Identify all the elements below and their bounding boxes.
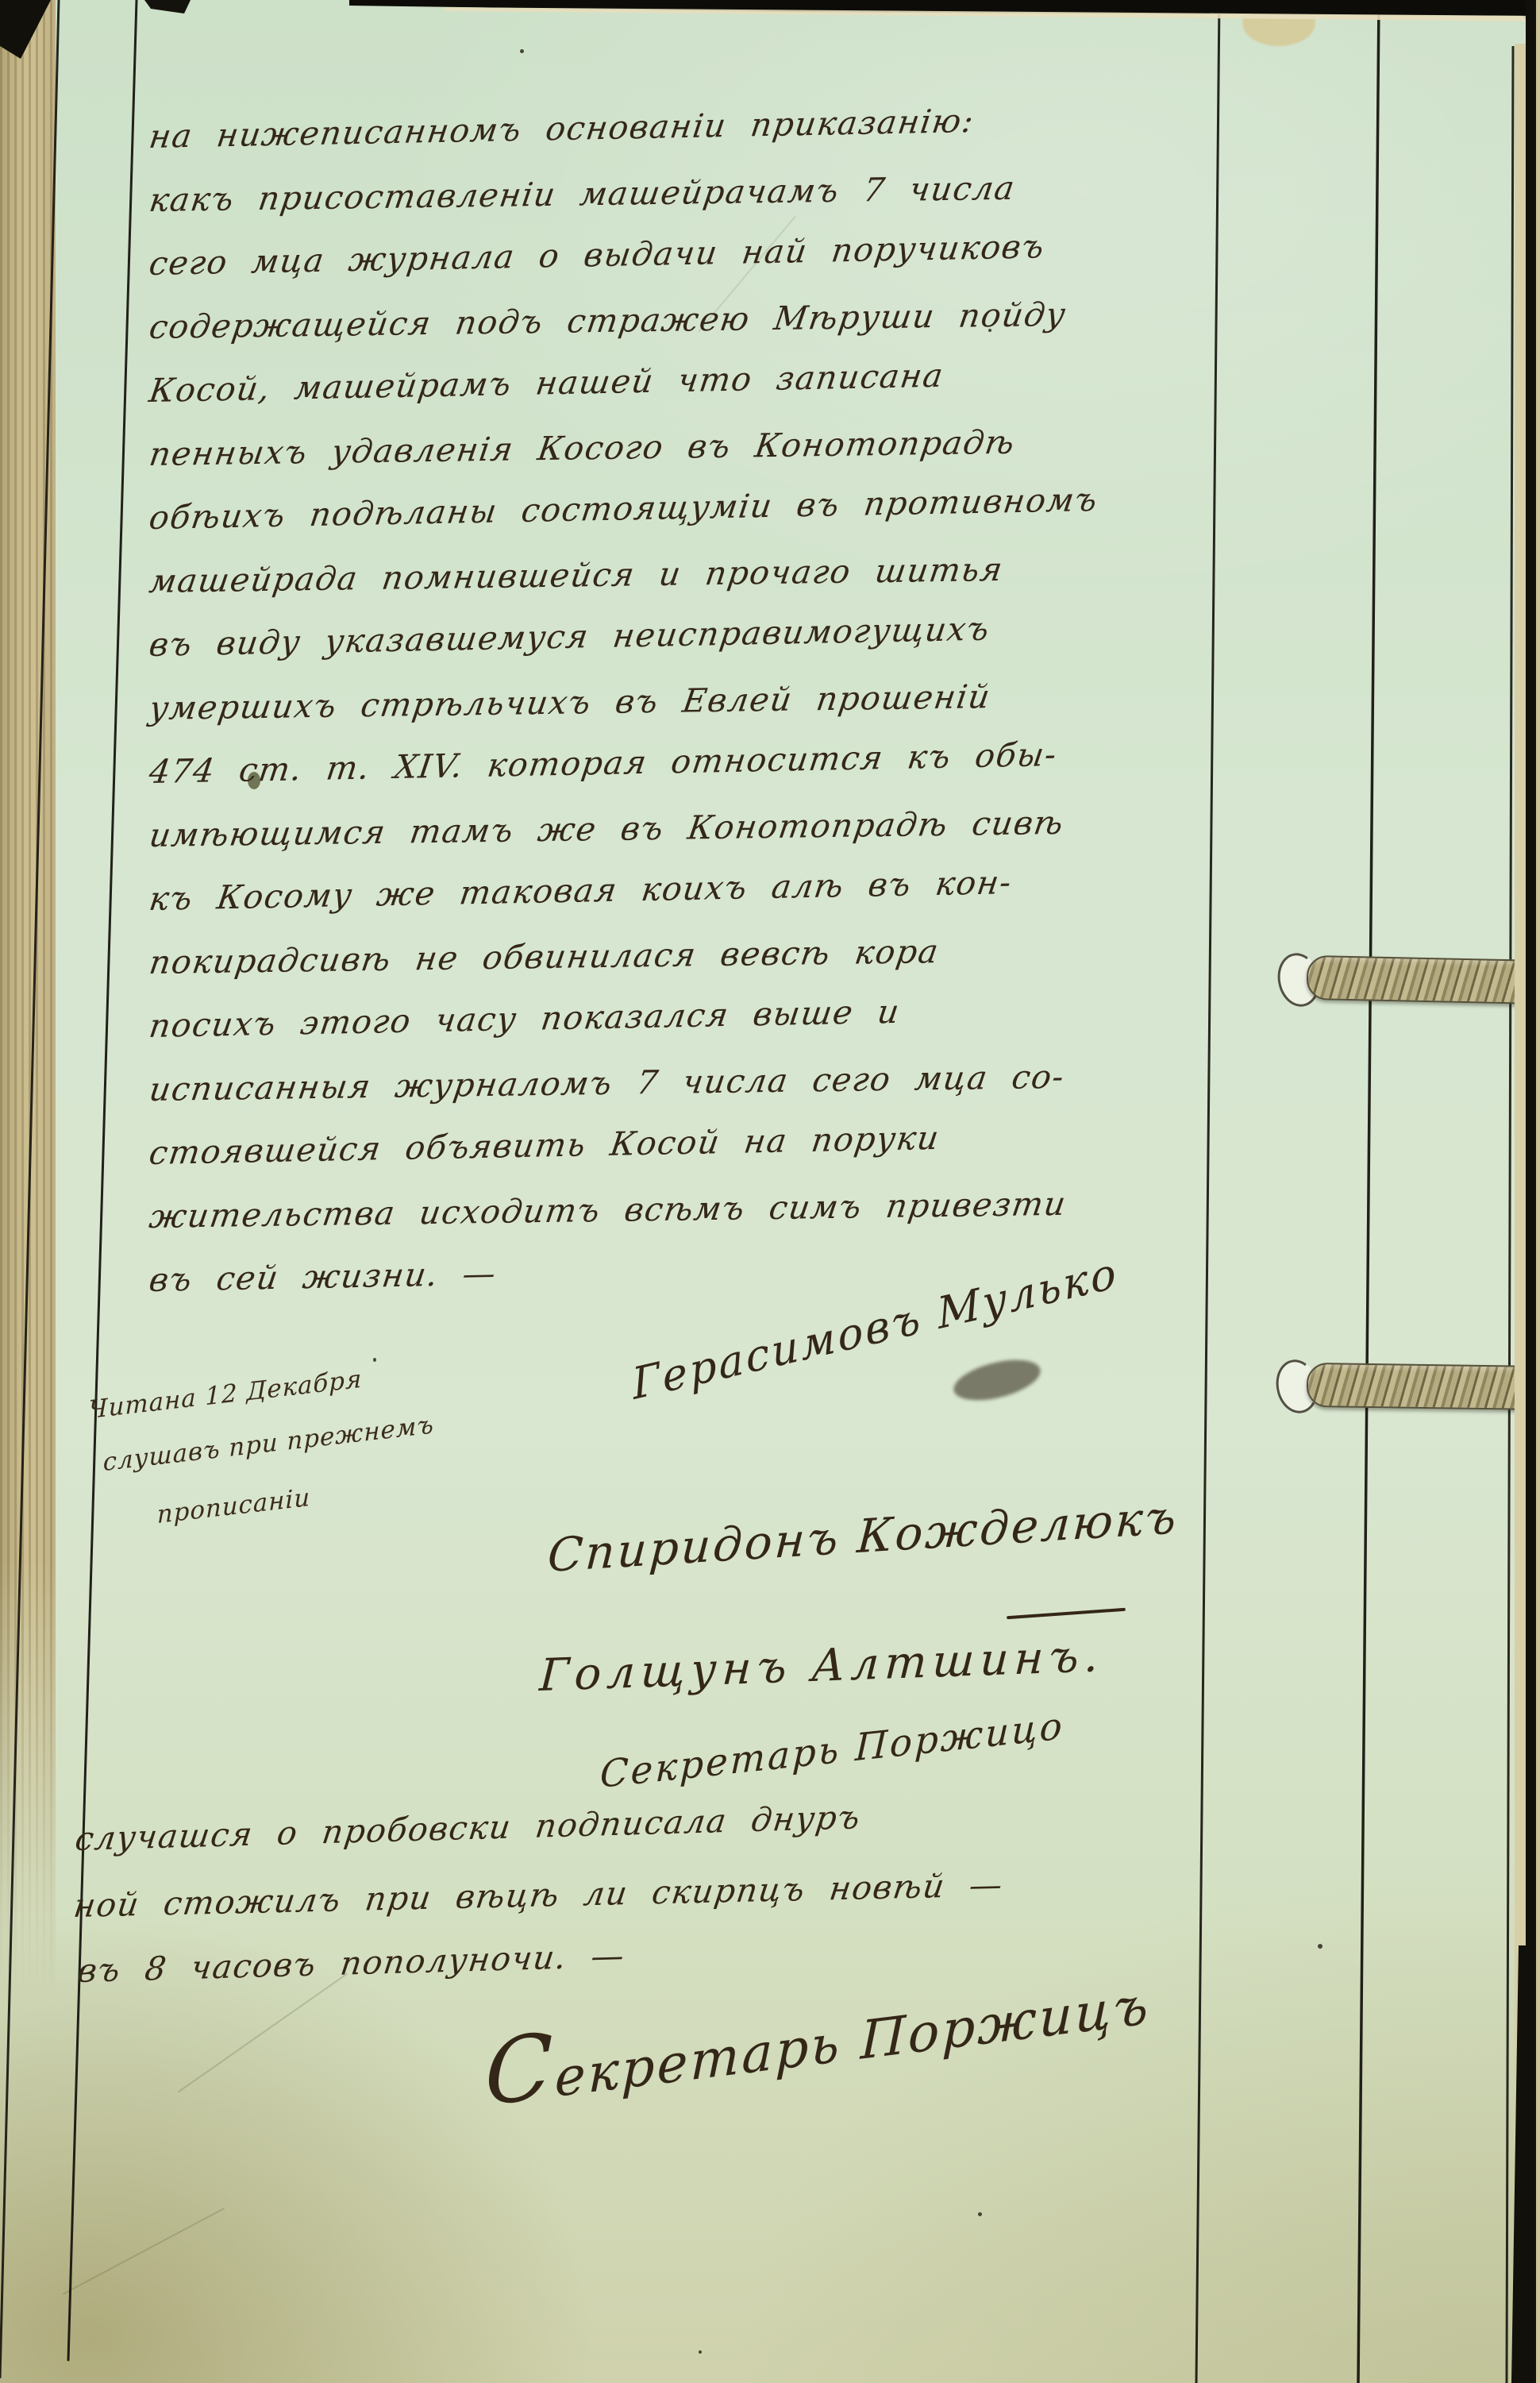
glue-stain (1242, 0, 1315, 46)
ink-speck (1318, 1944, 1322, 1949)
manuscript-photo: на нижеписанномъ основаніи приказанію: к… (0, 0, 1540, 2383)
ink-speck (373, 1358, 376, 1362)
manuscript-line: въ сей жизни. — (147, 1254, 499, 1299)
binding-thread-top (1306, 955, 1540, 1004)
binding-thread-bottom (1307, 1363, 1540, 1410)
ink-speck (520, 49, 524, 53)
book-page-edges (0, 0, 56, 2001)
ink-speck (978, 2212, 982, 2216)
ink-speck (699, 2350, 702, 2354)
